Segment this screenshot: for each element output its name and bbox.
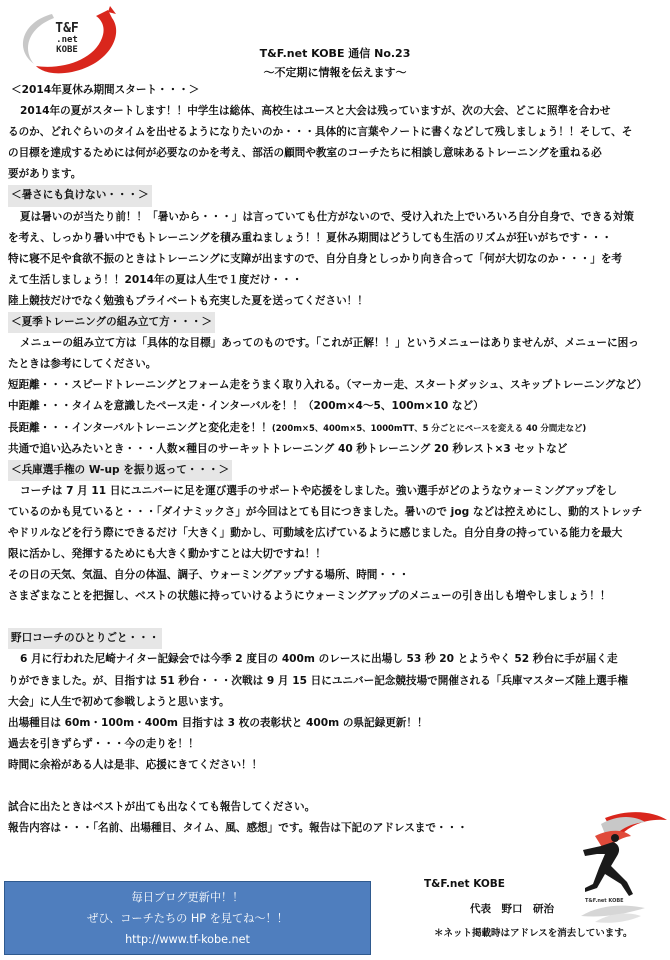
- logo-line-kobe: KOBE: [42, 45, 92, 55]
- paragraph-line: ているのかも見ていると・・・「ダイナミックさ」が今回はとても目につきました。暑い…: [8, 502, 664, 523]
- paragraph-line: るのか、どれぐらいのタイムを出せるようになりたいのか・・・具体的に言葉やノートに…: [8, 122, 664, 143]
- training-common-line: 共通で追い込みたいとき・・・人数×種目のサーキットトレーニング 40 秒トレーニ…: [8, 439, 664, 460]
- section-heading-summer-start: ＜2014年夏休み期間スタート・・・＞: [8, 80, 202, 101]
- paragraph-line: メニューの組み立て方は「具体的な目標」あってのものです。「これが正解！！」という…: [8, 333, 664, 354]
- training-sprint-line: 短距離・・・スピードトレーニングとフォーム走をうまく取り入れる。（マーカー走、ス…: [8, 375, 664, 396]
- logo-text: T&F .net KOBE: [42, 22, 92, 55]
- runner-logo: T&F.net KOBE: [575, 808, 670, 928]
- section-heading-heat: ＜暑さにも負けない・・・＞: [8, 185, 152, 206]
- paragraph-line: りができました。が、目指すは 51 秒台・・・次戦は 9 月 15 日にユニバー…: [8, 671, 664, 692]
- paragraph-line: さまざまなことを把握し、ベストの状態に持っていけるようにウォーミングアップのメニ…: [8, 586, 664, 607]
- paragraph-line: コーチは 7 月 11 日にユニバーに足を運び選手のサポートや応援をしました。強…: [8, 481, 664, 502]
- paragraph-line: 特に寝不足や食欲不振のときはトレーニングに支障が出ますので、自分自身としっかり向…: [8, 249, 664, 270]
- training-long-main: 長距離・・・インターバルトレーニングと変化走を！！: [8, 422, 272, 434]
- section-heading-training: ＜夏季トレーニングの組み立て方・・・＞: [8, 312, 215, 333]
- paragraph-line: 要があります。: [8, 164, 664, 185]
- section-heading-warmup: ＜兵庫選手権の W-up を振り返って・・・＞: [8, 460, 232, 481]
- blog-promo-box: 毎日ブログ更新中！！ ぜひ、コーチたちの HP を見てね～！！ http://w…: [4, 881, 371, 955]
- paragraph-line: の目標を達成するためには何が必要なのかを考え、部活の顧問や教室のコーチたちに相談…: [8, 143, 664, 164]
- report-line: 試合に出たときはベストが出ても出なくても報告してください。: [8, 797, 664, 818]
- logo-line-net: .net: [42, 35, 92, 45]
- paragraph-line: 大会」に人生で初めて参戦しようと思います。: [8, 692, 664, 713]
- paragraph-line: やドリルなどを行う際にできるだけ「大きく」動かし、可動域を広げているように感じま…: [8, 523, 664, 544]
- tf-net-kobe-logo: T&F .net KOBE: [12, 4, 127, 76]
- training-middle-line: 中距離・・・タイムを意識したペース走・インターバルを！！（200m×4～5、10…: [8, 396, 664, 417]
- report-line: 報告内容は・・・「名前、出場種目、タイム、風、感想」です。報告は下記のアドレスま…: [8, 818, 664, 839]
- paragraph-line: 陸上競技だけでなく勉強もプライベートも充実した夏を送ってください！！: [8, 291, 664, 312]
- blog-promo-line1: 毎日ブログ更新中！！: [5, 887, 370, 908]
- newsletter-title: T&F.net KOBE 通信 No.23: [195, 44, 475, 63]
- paragraph-line: 過去を引きずらず・・・今の走りを！！: [8, 734, 664, 755]
- paragraph-line: 6 月に行われた尼崎ナイター記録会では今季 2 度目の 400m のレースに出場…: [8, 649, 664, 670]
- paragraph-line: 時間に余裕がある人は是非、応援にきてください！！: [8, 755, 664, 776]
- paragraph-line: その日の天気、気温、自分の体温、調子、ウォーミングアップする場所、時間・・・: [8, 565, 664, 586]
- blog-url-link[interactable]: http://www.tf-kobe.net: [5, 929, 370, 950]
- paragraph-line: 2014年の夏がスタートします！！中学生は総体、高校生はユースと大会は残っていま…: [8, 101, 664, 122]
- blog-promo-line2: ぜひ、コーチたちの HP を見てね～！！: [5, 908, 370, 929]
- training-long-detail: (200m×5、400m×5、1000mTT、5 分ごとにペースを変える 40 …: [272, 423, 586, 433]
- paragraph-line: 限に活かし、発揮するためにも大きく動かすことは大切ですね！！: [8, 544, 664, 565]
- training-long-line: 長距離・・・インターバルトレーニングと変化走を！！(200m×5、400m×5、…: [8, 418, 664, 439]
- paragraph-line: たときは参考にしてください。: [8, 354, 664, 375]
- section-heading-coach: 野口コーチのひとりごと・・・: [8, 628, 162, 649]
- spacer: [8, 776, 664, 797]
- paragraph-line: を考え、しっかり暑い中でもトレーニングを積み重ねましょう！！夏休み期間はどうして…: [8, 228, 664, 249]
- logo-line-tf: T&F: [42, 22, 92, 35]
- spacer: [8, 607, 664, 628]
- paragraph-line: 夏は暑いのが当たり前！！「暑いから・・・」は言っていても仕方がないので、受け入れ…: [8, 207, 664, 228]
- paragraph-line: えて生活しましょう！！2014年の夏は人生で１度だけ・・・: [8, 270, 664, 291]
- signature-org: T&F.net KOBE: [424, 878, 505, 890]
- winged-runner-icon: T&F.net KOBE: [575, 808, 670, 928]
- paragraph-line: 出場種目は 60m・100m・400m 目指すは 3 枚の表彰状と 400m の…: [8, 713, 664, 734]
- signature-name: 代表 野口 研治: [470, 901, 554, 916]
- newsletter-title-block: T&F.net KOBE 通信 No.23 ～不定期に情報を伝えます～: [195, 44, 475, 82]
- newsletter-body: ＜2014年夏休み期間スタート・・・＞ 2014年の夏がスタートします！！中学生…: [8, 80, 664, 839]
- runner-caption: T&F.net KOBE: [585, 898, 624, 904]
